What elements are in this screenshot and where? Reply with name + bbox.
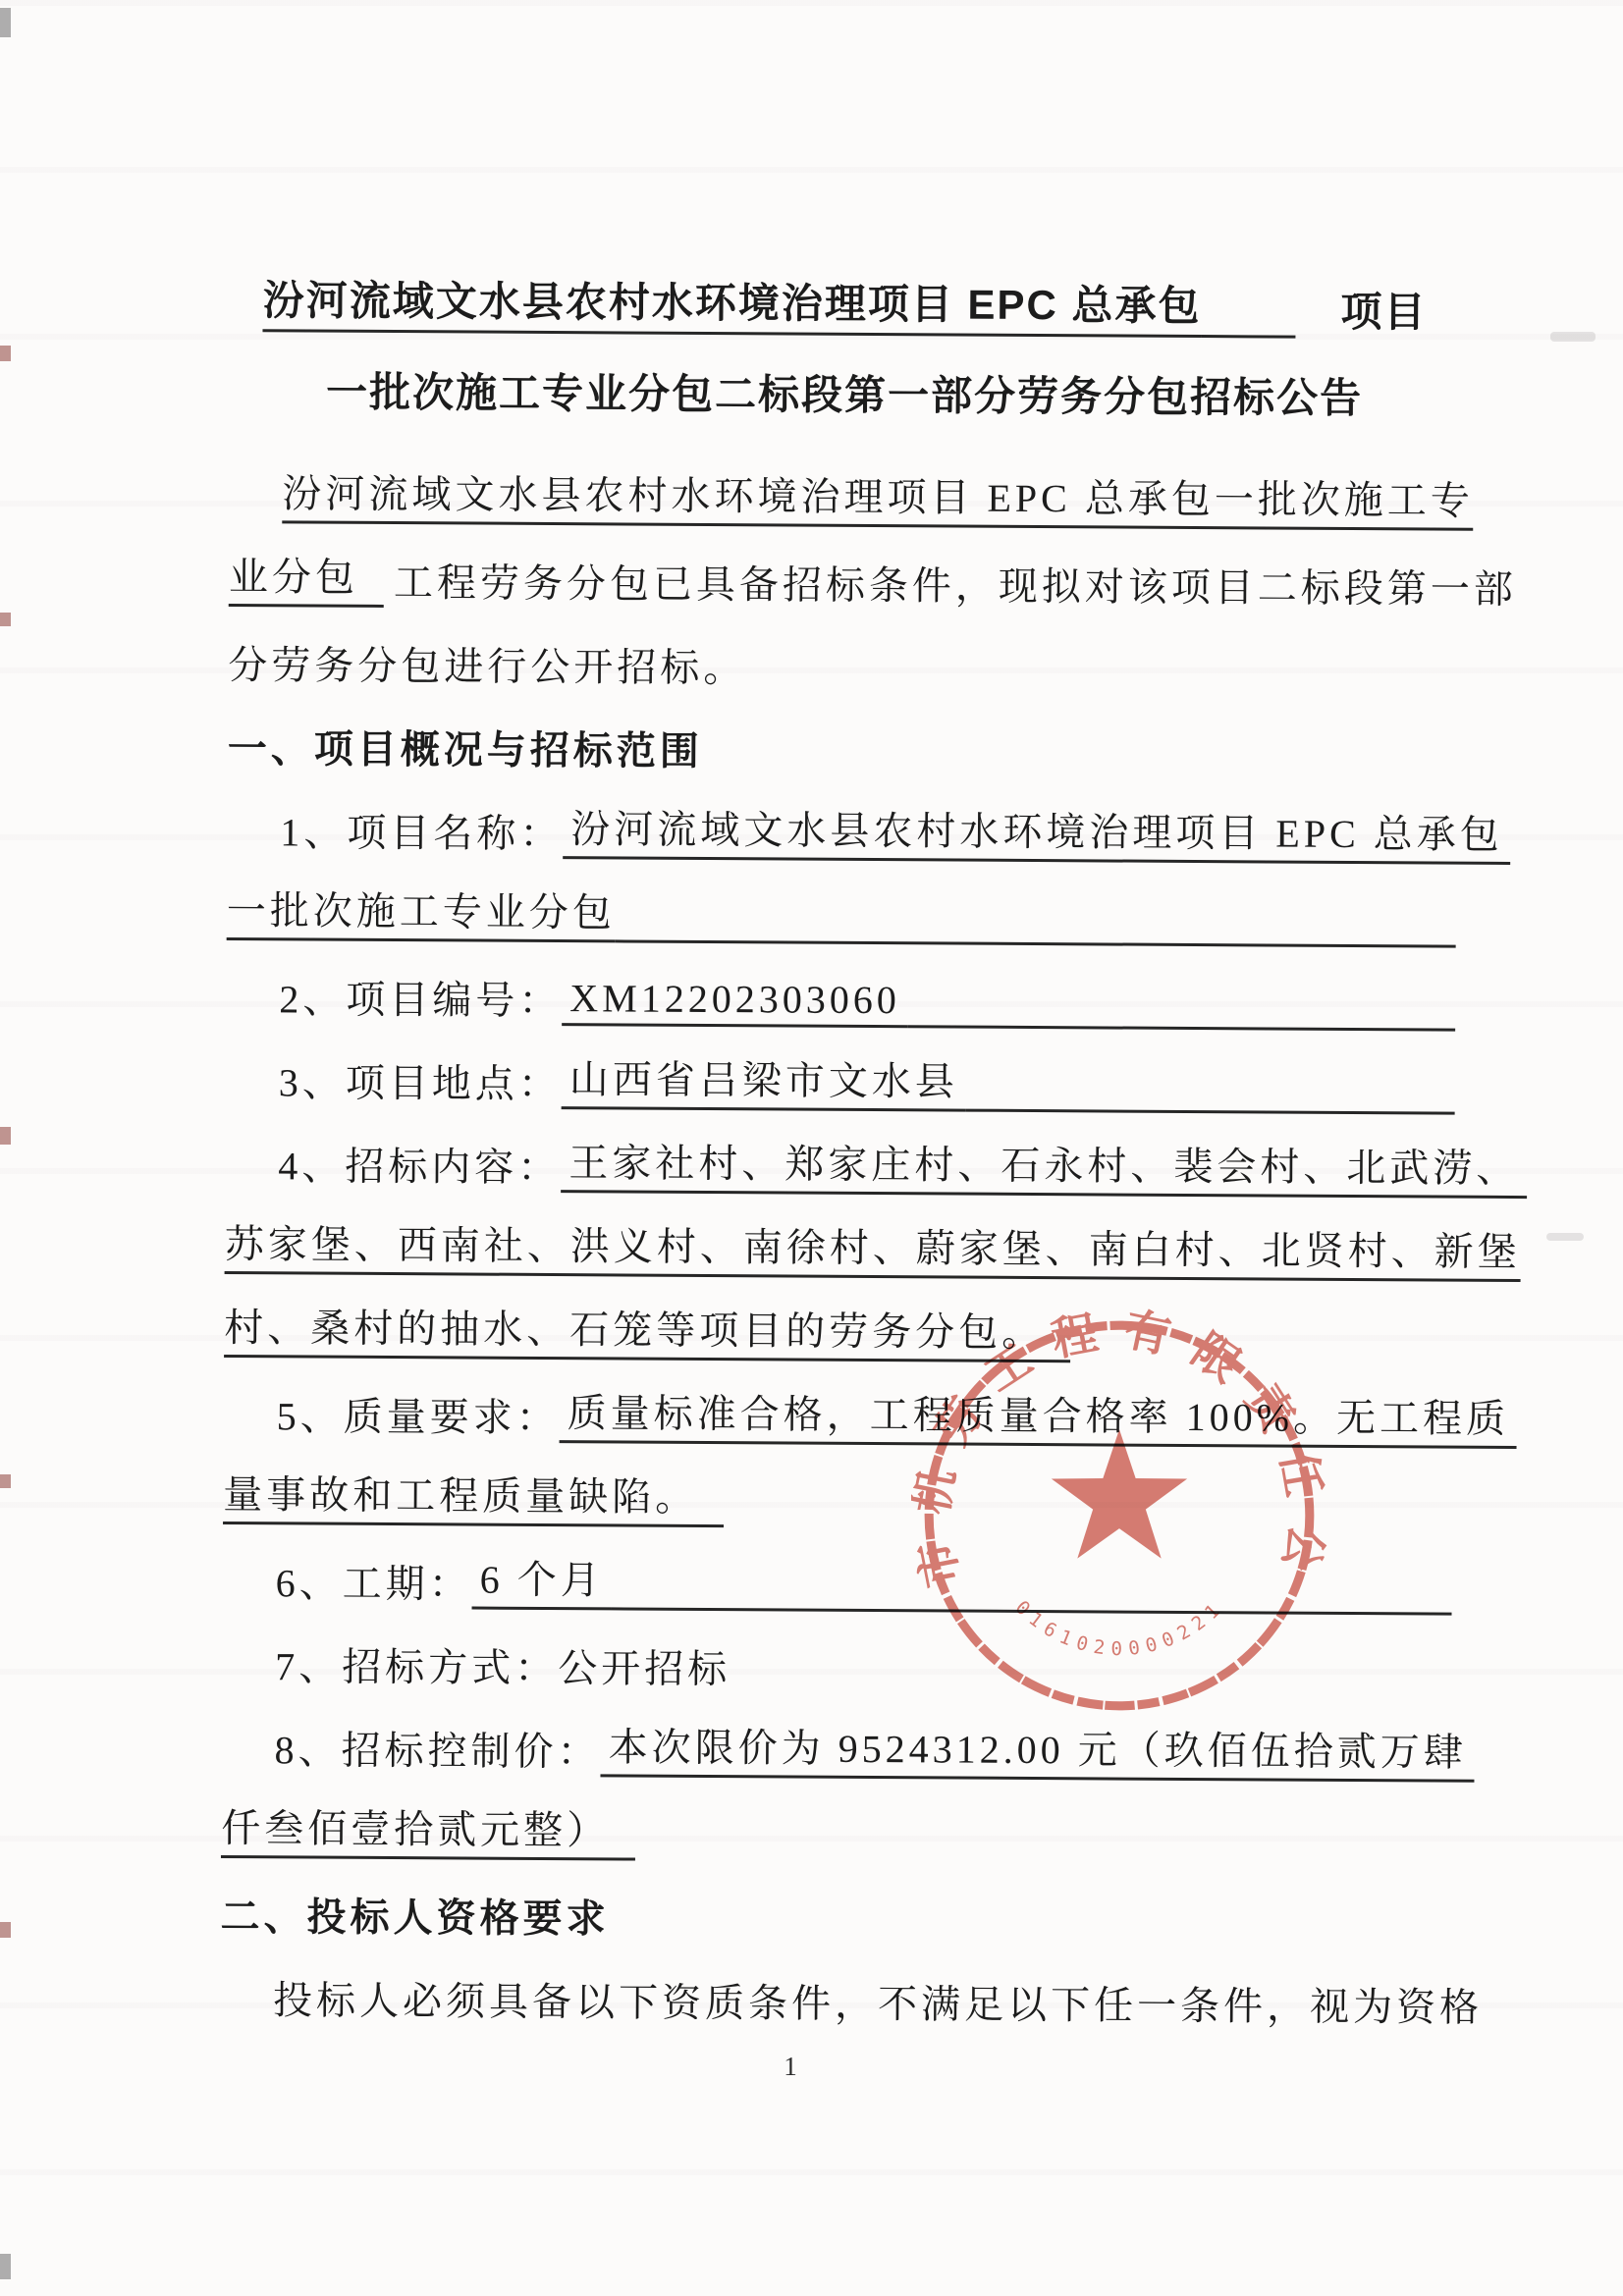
item8-line1: 8、招标控制价： 本次限价为 9524312.00 元（玖佰伍拾贰万肆 <box>221 1691 1450 1783</box>
item5-line1: 5、质量要求： 质量标准合格，工程质量合格率 100%。无工程质 <box>224 1358 1453 1449</box>
item2-value: XM12202303060 <box>562 975 908 1028</box>
item6-label: 6、工期： <box>276 1552 472 1609</box>
item2-line: 2、项目编号： XM12202303060 <box>226 940 1455 1032</box>
scan-artifact <box>0 1474 11 1488</box>
scan-artifact <box>0 2254 11 2279</box>
item5-label: 5、质量要求： <box>277 1385 560 1443</box>
title-plain-part: 项目 <box>1340 280 1427 340</box>
scan-artifact <box>0 346 11 361</box>
item4-line1: 4、招标内容： 王家社村、郑家庄村、石永村、裴会村、北武涝、 <box>225 1107 1454 1199</box>
page-number-text: 1 <box>784 2052 797 2081</box>
scan-artifact <box>1550 332 1596 342</box>
item4-line3: 村、桑村的抽水、石笼等项目的劳务分包。 <box>224 1274 1453 1365</box>
intro-l3-text: 分劳务分包进行公开招标。 <box>228 634 746 693</box>
doc-title-line1: 汾河流域文水县农村水环境治理项目 EPC 总承包 项目 <box>230 245 1460 340</box>
item3-label: 3、项目地点： <box>279 1051 562 1109</box>
intro-line2: 业分包 工程劳务分包已具备招标条件，现拟对该项目二标段第一部 <box>229 523 1458 614</box>
section1-heading: 一、项目概况与招标范围 <box>228 690 1457 781</box>
item5-value-l2: 量事故和工程质量缺陷。 <box>223 1464 724 1527</box>
item4-line2: 苏家堡、西南社、洪义村、南徐村、蔚家堡、南白村、北贤村、新堡 <box>225 1191 1454 1282</box>
item4-value-l2: 苏家堡、西南社、洪义村、南徐村、蔚家堡、南白村、北贤村、新堡 <box>225 1213 1521 1282</box>
intro-l2-underlined: 业分包 <box>229 546 384 608</box>
item2-label: 2、项目编号： <box>279 968 562 1026</box>
scan-artifact <box>1546 1233 1584 1241</box>
item8-value-l2: 仟叁佰壹拾贰元整） <box>221 1797 635 1861</box>
item5-line2: 量事故和工程质量缺陷。 <box>223 1441 1452 1532</box>
item3-value: 山西省吕梁市文水县 <box>562 1048 966 1112</box>
item4-value-l1: 王家社村、郑家庄村、石永村、裴会村、北武涝、 <box>561 1132 1527 1199</box>
item7-value: 公开招标 <box>558 1637 730 1694</box>
item1-line2: 一批次施工专业分包 <box>227 857 1456 948</box>
intro-line3: 分劳务分包进行公开招标。 <box>228 607 1457 698</box>
item4-value-l3: 村、桑村的抽水、石笼等项目的劳务分包。 <box>224 1297 1070 1362</box>
scan-artifact <box>0 1127 11 1145</box>
intro-line1: 汾河流域文水县农村水环境治理项目 EPC 总承包一批次施工专 <box>229 440 1458 531</box>
section1-heading-text: 一、项目概况与招标范围 <box>228 718 703 776</box>
scan-artifact <box>0 8 11 37</box>
intro-l2-plain: 工程劳务分包已具备招标条件，现拟对该项目二标段第一部 <box>394 552 1517 614</box>
doc-title-line2: 一批次施工专业分包二标段第一部分劳务分包招标公告 <box>230 332 1460 426</box>
scan-artifact <box>0 613 11 626</box>
section2-para: 投标人必须具备以下资质条件，不满足以下任一条件，视为资格 <box>220 1942 1449 2033</box>
item1-line1: 1、项目名称： 汾河流域文水县农村水环境治理项目 EPC 总承包 <box>227 774 1456 865</box>
item8-label: 8、招标控制价： <box>274 1719 600 1777</box>
title-underline-extension <box>1201 334 1295 339</box>
scan-artifact <box>0 1922 11 1938</box>
intro-l1-underlined: 汾河流域文水县农村水环境治理项目 EPC 总承包一批次施工专 <box>282 462 1474 530</box>
section2-para-text: 投标人必须具备以下资质条件，不满足以下任一条件，视为资格 <box>273 1969 1483 2033</box>
item5-value-l1: 质量标准合格，工程质量合格率 100%。无工程质 <box>560 1382 1518 1449</box>
section2-heading: 二、投标人资格要求 <box>220 1858 1449 1949</box>
item1-label: 1、项目名称： <box>280 801 563 859</box>
item1-value-l1: 汾河流域文水县农村水环境治理项目 EPC 总承包 <box>563 798 1511 865</box>
item7-label: 7、招标方式： <box>275 1635 558 1693</box>
document-body: 汾河流域文水县农村水环境治理项目 EPC 总承包 项目 一批次施工专业分包二标段… <box>220 245 1460 2033</box>
item6-value: 6 个月 <box>472 1549 612 1611</box>
item3-line: 3、项目地点： 山西省吕梁市文水县 <box>226 1024 1455 1115</box>
item1-value-l2: 一批次施工专业分包 <box>227 880 616 942</box>
item4-label: 4、招标内容： <box>278 1135 561 1193</box>
item6-line: 6、工期： 6 个月 <box>223 1524 1452 1616</box>
item7-line: 7、招标方式： 公开招标 <box>222 1608 1451 1699</box>
document-page: 汾河流域文水县农村水环境治理项目 EPC 总承包 项目 一批次施工专业分包二标段… <box>0 0 1623 2296</box>
section2-heading-text: 二、投标人资格要求 <box>220 1886 609 1944</box>
title-line2-text: 一批次施工专业分包二标段第一部分劳务分包招标公告 <box>326 360 1363 425</box>
item8-value-l1: 本次限价为 9524312.00 元（玖佰伍拾贰万肆 <box>600 1716 1474 1782</box>
item8-line2: 仟叁佰壹拾贰元整） <box>221 1775 1450 1866</box>
page-number: 1 <box>231 2052 1350 2082</box>
title-underlined-part: 汾河流域文水县农村水环境治理项目 EPC 总承包 <box>263 268 1202 338</box>
